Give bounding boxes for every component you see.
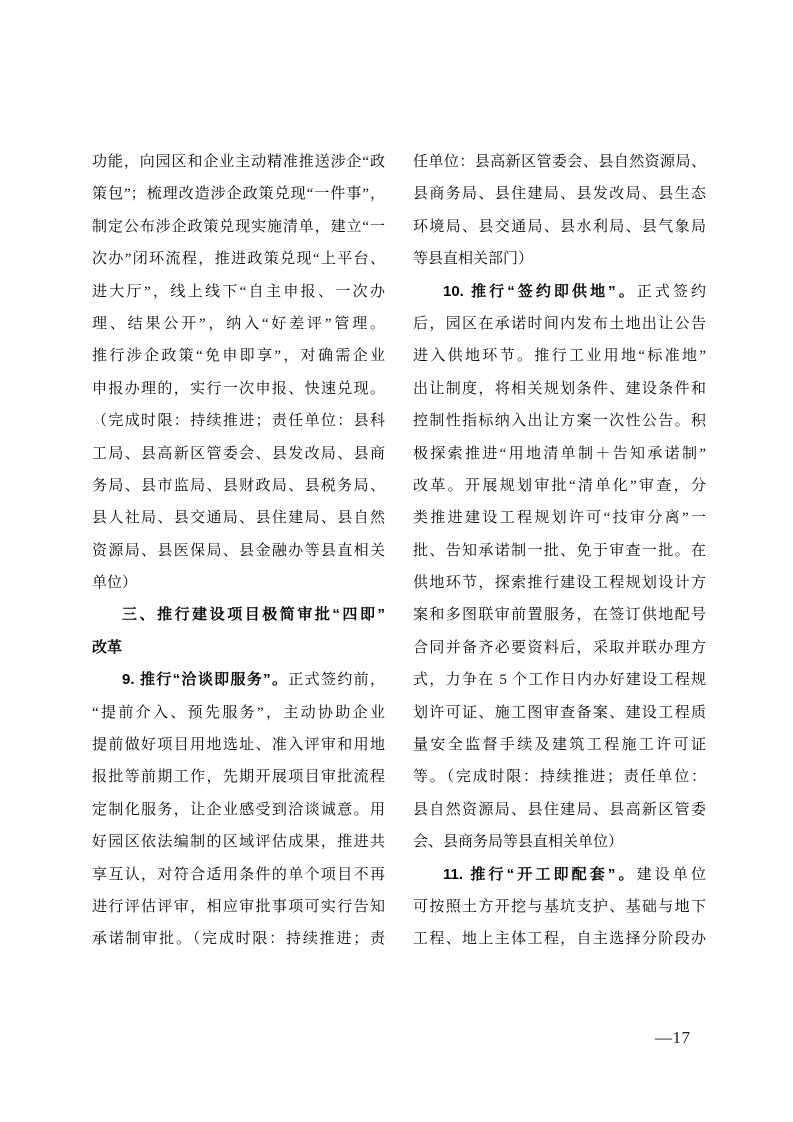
text-line: 式，力争在 5 个工作日内办好建设工程规 bbox=[413, 664, 706, 696]
bold-text-segment: 11. 推行“开工即配套”。 bbox=[443, 866, 637, 883]
text-line: 申报办理的，实行一次申报、快速兑现。 bbox=[92, 373, 385, 405]
text-segment: 次办”闭环流程，推进政策兑现“上平台、 bbox=[92, 251, 385, 267]
text-line: 资源局、县医保局、县金融办等县直相关 bbox=[92, 535, 385, 567]
text-segment: 批、告知承诺制一批、免于审查一批。在 bbox=[413, 543, 706, 559]
text-segment: 享互认，对符合适用条件的单个项目不再 bbox=[92, 867, 385, 883]
right-text-column: 任单位：县高新区管委会、县自然资源局、县商务局、县住建局、县发改局、县生态环境局… bbox=[413, 146, 706, 956]
text-line: 批、告知承诺制一批、免于审查一批。在 bbox=[413, 535, 706, 567]
text-segment: 合同并备齐必要资料后，采取并联办理方 bbox=[413, 640, 706, 656]
text-segment: 理、结果公开”，纳入“好差评”管理。 bbox=[92, 316, 385, 332]
text-line: 11. 推行“开工即配套”。建设单位 bbox=[413, 859, 706, 891]
bold-text-segment: 9. 推行“洽谈即服务”。 bbox=[122, 671, 288, 688]
text-segment: 工局、县高新区管委会、县发改局、县商 bbox=[92, 446, 385, 462]
text-segment: 出让制度，将相关规划条件、建设条件和 bbox=[413, 381, 706, 397]
text-segment: 县商务局、县住建局、县发改局、县生态 bbox=[413, 186, 706, 202]
text-segment: 提前做好项目用地选址、准入评审和用地 bbox=[92, 737, 385, 753]
text-line: 类推进建设工程规划许可“技审分离”一 bbox=[413, 502, 706, 534]
text-segment: 控制性指标纳入出让方案一次性公告。积 bbox=[413, 413, 706, 429]
text-line: 推行涉企政策“免申即享”，对确需企业 bbox=[92, 340, 385, 372]
text-line: 次办”闭环流程，推进政策兑现“上平台、 bbox=[92, 243, 385, 275]
text-segment: 进入供地环节。推行工业用地“标准地” bbox=[413, 348, 706, 364]
text-segment: 量安全监督手续及建筑工程施工许可证 bbox=[413, 737, 706, 753]
text-segment: 等县直相关部门） bbox=[413, 251, 533, 267]
text-segment: 务局、县市监局、县财政局、县税务局、 bbox=[92, 478, 385, 494]
text-segment: 后，园区在承诺时间内发布土地出让公告 bbox=[413, 316, 706, 332]
text-line: 极探索推进“用地清单制＋告知承诺制” bbox=[413, 438, 706, 470]
text-line: 提前做好项目用地选址、准入评审和用地 bbox=[92, 729, 385, 761]
text-line: 策包”；梳理改造涉企政策兑现“一件事”， bbox=[92, 178, 385, 210]
text-line: 等县直相关部门） bbox=[413, 243, 706, 275]
text-segment: 进行评估评审，相应审批事项可实行告知 bbox=[92, 899, 385, 915]
bold-text-segment: 改革 bbox=[92, 639, 122, 656]
text-segment: 可按照土方开挖与基坑支护、基础与地下 bbox=[413, 899, 706, 915]
text-segment: 正式签约 bbox=[637, 284, 706, 300]
text-segment: 极探索推进“用地清单制＋告知承诺制” bbox=[413, 446, 706, 462]
text-line: 享互认，对符合适用条件的单个项目不再 bbox=[92, 859, 385, 891]
text-line: 进行评估评审，相应审批事项可实行告知 bbox=[92, 891, 385, 923]
text-line: 环境局、县交通局、县水利局、县气象局 bbox=[413, 211, 706, 243]
bold-text-segment: 三、推行建设项目极简审批“四即” bbox=[122, 606, 385, 623]
text-line: 进入供地环节。推行工业用地“标准地” bbox=[413, 340, 706, 372]
text-segment: 县人社局、县交通局、县住建局、县自然 bbox=[92, 510, 385, 526]
text-line: 工程、地上主体工程，自主选择分阶段办 bbox=[413, 923, 706, 955]
text-line: 县商务局、县住建局、县发改局、县生态 bbox=[413, 178, 706, 210]
text-segment: （完成时限：持续推进；责任单位：县科 bbox=[92, 413, 385, 429]
text-line: 报批等前期工作，先期开展项目审批流程 bbox=[92, 761, 385, 793]
text-line: 工局、县高新区管委会、县发改局、县商 bbox=[92, 438, 385, 470]
text-line: 等。（完成时限：持续推进；责任单位： bbox=[413, 761, 706, 793]
text-segment: 好园区依法编制的区域评估成果，推进共 bbox=[92, 834, 385, 850]
text-segment: 报批等前期工作，先期开展项目审批流程 bbox=[92, 769, 385, 785]
text-segment: 等。（完成时限：持续推进；责任单位： bbox=[413, 769, 706, 785]
text-segment: 制定公布涉企政策兑现实施清单，建立“一 bbox=[92, 219, 385, 235]
text-line: 县自然资源局、县住建局、县高新区管委 bbox=[413, 794, 706, 826]
text-line: 可按照土方开挖与基坑支护、基础与地下 bbox=[413, 891, 706, 923]
text-line: 改革。开展规划审批“清单化”审查，分 bbox=[413, 470, 706, 502]
left-text-column: 功能，向园区和企业主动精准推送涉企“政策包”；梳理改造涉企政策兑现“一件事”，制… bbox=[92, 146, 385, 956]
text-segment: 申报办理的，实行一次申报、快速兑现。 bbox=[92, 381, 385, 397]
text-line: 定制化服务，让企业感受到洽谈诚意。用 bbox=[92, 794, 385, 826]
text-line: 供地环节，探索推行建设工程规划设计方 bbox=[413, 567, 706, 599]
text-segment: 环境局、县交通局、县水利局、县气象局 bbox=[413, 219, 706, 235]
text-line: 10. 推行“签约即供地”。正式签约 bbox=[413, 276, 706, 308]
text-segment: 划许可证、施工图审查备案、建设工程质 bbox=[413, 705, 706, 721]
text-segment: 承诺制审批。（完成时限：持续推进；责 bbox=[92, 931, 385, 947]
text-line: 承诺制审批。（完成时限：持续推进；责 bbox=[92, 923, 385, 955]
text-segment: 策包”；梳理改造涉企政策兑现“一件事”， bbox=[92, 186, 385, 202]
text-segment: 供地环节，探索推行建设工程规划设计方 bbox=[413, 575, 706, 591]
text-segment: 进大厅”，线上线下“自主申报、一次办 bbox=[92, 284, 385, 300]
text-line: “提前介入、预先服务”，主动协助企业 bbox=[92, 697, 385, 729]
text-line: 案和多图联审前置服务，在签订供地配号 bbox=[413, 599, 706, 631]
text-segment: 类推进建设工程规划许可“技审分离”一 bbox=[413, 510, 706, 526]
text-line: 进大厅”，线上线下“自主申报、一次办 bbox=[92, 276, 385, 308]
text-line: 控制性指标纳入出让方案一次性公告。积 bbox=[413, 405, 706, 437]
page-number: —17 bbox=[655, 1026, 691, 1050]
text-segment: 资源局、县医保局、县金融办等县直相关 bbox=[92, 543, 385, 559]
text-line: 制定公布涉企政策兑现实施清单，建立“一 bbox=[92, 211, 385, 243]
text-segment: 式，力争在 5 个工作日内办好建设工程规 bbox=[413, 672, 706, 688]
text-line: 9. 推行“洽谈即服务”。正式签约前， bbox=[92, 664, 385, 696]
text-line: （完成时限：持续推进；责任单位：县科 bbox=[92, 405, 385, 437]
text-segment: 功能，向园区和企业主动精准推送涉企“政 bbox=[92, 154, 385, 170]
document-page: 功能，向园区和企业主动精准推送涉企“政策包”；梳理改造涉企政策兑现“一件事”，制… bbox=[0, 0, 793, 1122]
text-line: 合同并备齐必要资料后，采取并联办理方 bbox=[413, 632, 706, 664]
text-line: 出让制度，将相关规划条件、建设条件和 bbox=[413, 373, 706, 405]
text-segment: 正式签约前， bbox=[288, 672, 385, 688]
text-line: 划许可证、施工图审查备案、建设工程质 bbox=[413, 697, 706, 729]
text-line: 量安全监督手续及建筑工程施工许可证 bbox=[413, 729, 706, 761]
text-line: 会、县商务局等县直相关单位） bbox=[413, 826, 706, 858]
text-line: 单位） bbox=[92, 567, 385, 599]
text-line: 县人社局、县交通局、县住建局、县自然 bbox=[92, 502, 385, 534]
text-segment: 案和多图联审前置服务，在签订供地配号 bbox=[413, 607, 706, 623]
text-line: 三、推行建设项目极简审批“四即” bbox=[92, 599, 385, 631]
text-segment: 任单位：县高新区管委会、县自然资源局、 bbox=[413, 154, 706, 170]
text-segment: 建设单位 bbox=[637, 867, 706, 883]
text-line: 任单位：县高新区管委会、县自然资源局、 bbox=[413, 146, 706, 178]
text-segment: 工程、地上主体工程，自主选择分阶段办 bbox=[413, 931, 706, 947]
text-line: 务局、县市监局、县财政局、县税务局、 bbox=[92, 470, 385, 502]
text-segment: 会、县商务局等县直相关单位） bbox=[413, 834, 623, 850]
text-segment: 县自然资源局、县住建局、县高新区管委 bbox=[413, 802, 706, 818]
text-line: 改革 bbox=[92, 632, 385, 664]
text-line: 好园区依法编制的区域评估成果，推进共 bbox=[92, 826, 385, 858]
text-line: 功能，向园区和企业主动精准推送涉企“政 bbox=[92, 146, 385, 178]
text-segment: “提前介入、预先服务”，主动协助企业 bbox=[92, 705, 385, 721]
text-line: 理、结果公开”，纳入“好差评”管理。 bbox=[92, 308, 385, 340]
text-segment: 定制化服务，让企业感受到洽谈诚意。用 bbox=[92, 802, 385, 818]
text-line: 后，园区在承诺时间内发布土地出让公告 bbox=[413, 308, 706, 340]
text-segment: 改革。开展规划审批“清单化”审查，分 bbox=[413, 478, 706, 494]
text-segment: 推行涉企政策“免申即享”，对确需企业 bbox=[92, 348, 385, 364]
text-segment: 单位） bbox=[92, 575, 137, 591]
bold-text-segment: 10. 推行“签约即供地”。 bbox=[443, 283, 637, 300]
